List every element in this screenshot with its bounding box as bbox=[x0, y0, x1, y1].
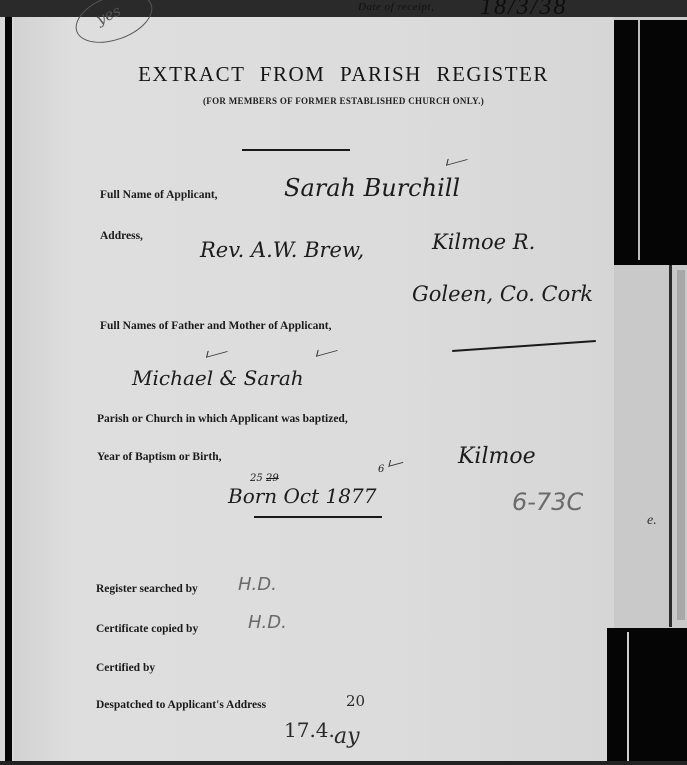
birth-underline bbox=[254, 516, 382, 518]
despatched-superscript: 20 bbox=[346, 692, 365, 710]
form-title: EXTRACT FROM PARISH REGISTER bbox=[0, 62, 687, 87]
birth-superscript: 6 bbox=[378, 464, 384, 475]
address-label: Address, bbox=[100, 230, 143, 242]
birth-correction: 25 bbox=[250, 473, 263, 484]
left-page-edge bbox=[0, 17, 14, 765]
birth-struck-value: 29 bbox=[266, 473, 279, 484]
parents-value: Michael & Sarah bbox=[132, 366, 304, 390]
address-line1b: Kilmoe R. bbox=[432, 230, 535, 254]
register-searched-label: Register searched by bbox=[96, 583, 198, 595]
despatched-label: Despatched to Applicant's Address bbox=[96, 699, 266, 711]
receipt-date-label: Date of receipt, bbox=[358, 1, 434, 13]
binder-clip-bottom bbox=[607, 628, 687, 765]
certified-by-label: Certified by bbox=[96, 662, 155, 674]
birth-value: Born Oct 1877 bbox=[228, 484, 376, 508]
birth-label: Year of Baptism or Birth, bbox=[97, 451, 221, 463]
despatched-date: 17.4. bbox=[284, 718, 335, 742]
bottom-edge bbox=[0, 761, 687, 765]
applicant-name-label: Full Name of Applicant, bbox=[100, 189, 218, 201]
certificate-copied-value: H.D. bbox=[248, 612, 287, 633]
birth-pencil-note: 6-73C bbox=[512, 488, 583, 516]
register-extract-form bbox=[14, 17, 614, 761]
margin-note: e. bbox=[647, 513, 657, 529]
parents-label: Full Names of Father and Mother of Appli… bbox=[100, 320, 332, 332]
despatched-initials: ay bbox=[334, 724, 360, 749]
parish-value: Kilmoe bbox=[458, 444, 536, 469]
title-divider bbox=[242, 149, 350, 151]
binding-shadow bbox=[677, 270, 685, 620]
parish-label: Parish or Church in which Applicant was … bbox=[97, 413, 348, 425]
binder-clip-top bbox=[614, 20, 687, 265]
address-line1: Rev. A.W. Brew, bbox=[200, 238, 364, 262]
binding-line bbox=[669, 265, 672, 627]
applicant-name-value: Sarah Burchill bbox=[284, 174, 460, 202]
register-searched-value: H.D. bbox=[238, 574, 277, 595]
certificate-copied-label: Certificate copied by bbox=[96, 623, 198, 635]
address-line2: Goleen, Co. Cork bbox=[412, 282, 593, 306]
form-subtitle: (FOR MEMBERS OF FORMER ESTABLISHED CHURC… bbox=[0, 96, 687, 106]
